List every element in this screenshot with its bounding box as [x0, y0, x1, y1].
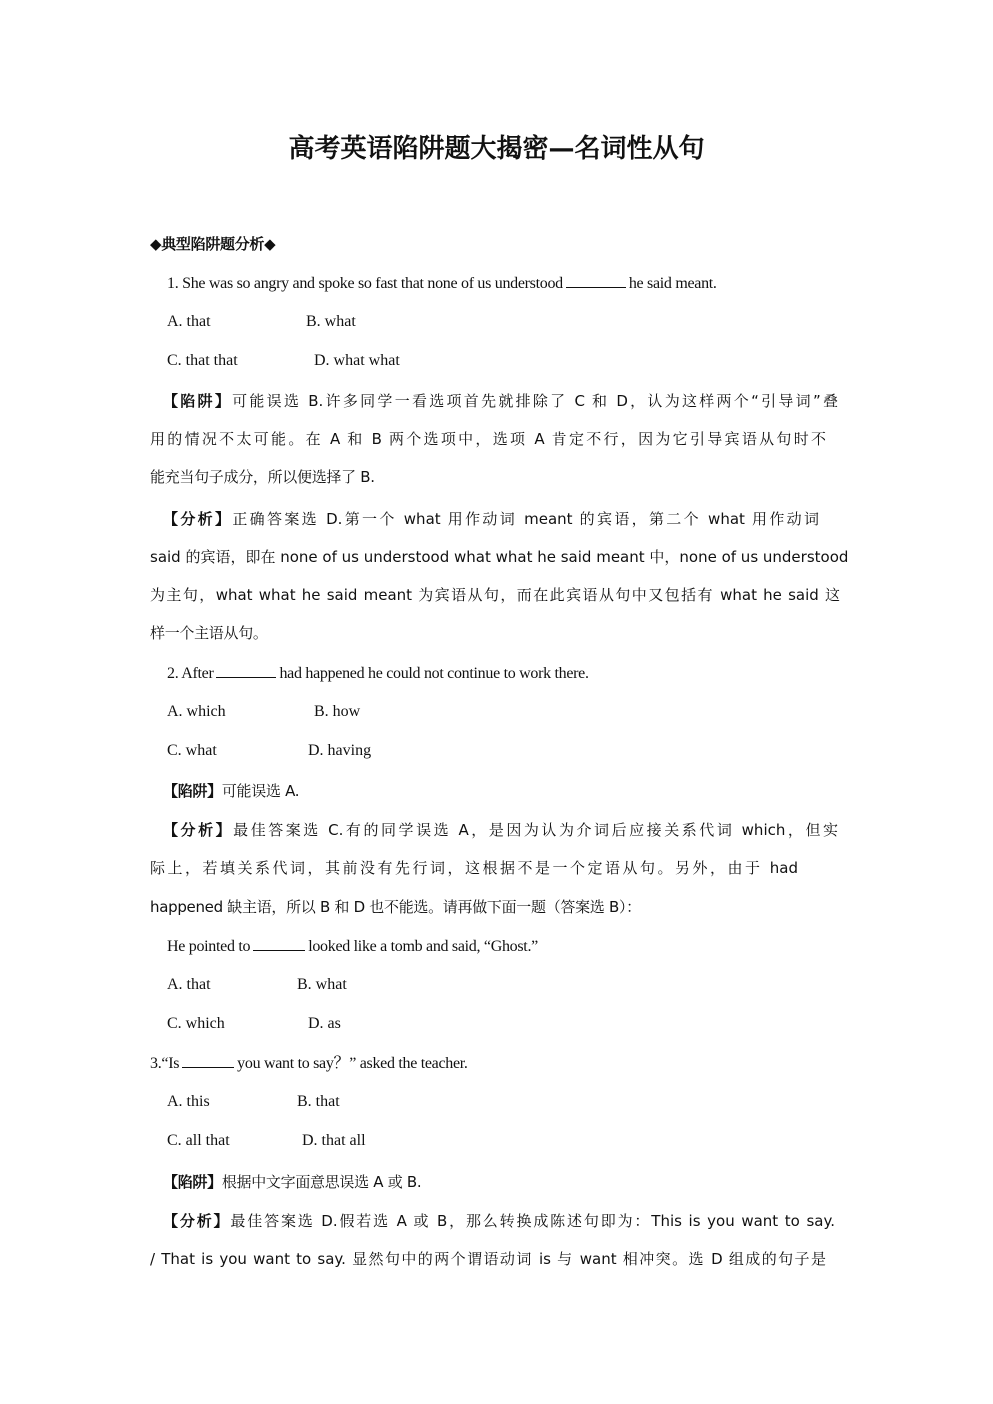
- analysis-text: 最佳答案选 C.有的同学误选 A，是因为认为介词后应接关系代词 which，但实: [233, 821, 838, 839]
- question-3-option-c: C. all that: [167, 1131, 230, 1151]
- question-1-analysis-line-2: said 的宾语，即在 none of us understood what w…: [150, 547, 833, 567]
- trap-text: 可能误选 A.: [222, 782, 299, 800]
- followup-question-stem: He pointed tolooked like a tomb and said…: [167, 936, 538, 957]
- question-2-analysis-line-1: 【分析】最佳答案选 C.有的同学误选 A，是因为认为介词后应接关系代词 whic…: [163, 820, 838, 840]
- document-title: 高考英语陷阱题大揭密—名词性从句: [0, 128, 993, 165]
- answer-blank: [253, 936, 305, 951]
- question-1-option-d: D. what what: [314, 351, 400, 371]
- analysis-label: 【分析】: [163, 821, 233, 839]
- answer-blank: [182, 1053, 234, 1068]
- answer-blank: [216, 663, 276, 678]
- question-2-trap-line-1: 【陷阱】可能误选 A.: [163, 781, 299, 801]
- answer-blank: [566, 273, 626, 288]
- followup-stem-before: He pointed to: [167, 938, 250, 955]
- question-3-stem-after: you want to say？” asked the teacher.: [237, 1055, 467, 1072]
- analysis-text: 最佳答案选 D.假若选 A 或 B，那么转换成陈述句即为：This is you…: [230, 1212, 835, 1230]
- question-3-analysis-line-1: 【分析】最佳答案选 D.假若选 A 或 B，那么转换成陈述句即为：This is…: [163, 1211, 835, 1231]
- question-2-option-b: B. how: [314, 702, 360, 722]
- question-1-analysis-line-4: 样一个主语从句。: [150, 623, 268, 643]
- question-2-option-c: C. what: [167, 741, 217, 761]
- trap-text: 可能误选 B.许多同学一看选项首先就排除了 C 和 D，认为这样两个“引导词”叠: [232, 392, 838, 410]
- question-2-option-d: D. having: [308, 741, 371, 761]
- question-1-stem-after: he said meant.: [629, 275, 717, 292]
- question-3-option-a: A. this: [167, 1092, 210, 1112]
- question-1-trap-line-2: 用的情况不太可能。在 A 和 B 两个选项中，选项 A 肯定不行，因为它引导宾语…: [150, 429, 826, 449]
- question-2-stem-after: had happened he could not continue to wo…: [279, 665, 588, 682]
- question-3-option-d: D. that all: [302, 1131, 366, 1151]
- question-2-stem: 2. Afterhad happened he could not contin…: [167, 663, 589, 684]
- trap-text: 根据中文字面意思误选 A 或 B.: [222, 1173, 422, 1191]
- trap-label: 【陷阱】: [163, 392, 232, 410]
- question-3-stem: 3.“Isyou want to say？” asked the teacher…: [150, 1053, 468, 1074]
- followup-option-b: B. what: [297, 975, 347, 995]
- question-1-analysis-line-1: 【分析】正确答案选 D.第一个 what 用作动词 meant 的宾语，第二个 …: [163, 509, 819, 529]
- followup-option-a: A. that: [167, 975, 211, 995]
- trap-label: 【陷阱】: [163, 1173, 222, 1191]
- question-1-stem-before: 1. She was so angry and spoke so fast th…: [167, 275, 563, 292]
- analysis-label: 【分析】: [163, 1212, 230, 1230]
- question-1-trap-line-3: 能充当句子成分，所以便选择了 B.: [150, 467, 375, 487]
- question-1-option-a: A. that: [167, 312, 211, 332]
- document-page: 高考英语陷阱题大揭密—名词性从句 ◆典型陷阱题分析◆ 1. She was so…: [0, 0, 993, 1404]
- question-3-option-b: B. that: [297, 1092, 340, 1112]
- section-heading: ◆典型陷阱题分析◆: [150, 234, 275, 254]
- followup-option-c: C. which: [167, 1014, 225, 1034]
- question-1-stem: 1. She was so angry and spoke so fast th…: [167, 273, 717, 294]
- trap-label: 【陷阱】: [163, 782, 222, 800]
- analysis-label: 【分析】: [163, 510, 232, 528]
- question-2-stem-before: 2. After: [167, 665, 213, 682]
- question-1-trap-line-1: 【陷阱】可能误选 B.许多同学一看选项首先就排除了 C 和 D，认为这样两个“引…: [163, 391, 838, 411]
- question-2-option-a: A. which: [167, 702, 226, 722]
- question-3-analysis-line-2: / That is you want to say. 显然句中的两个谓语动词 i…: [150, 1249, 826, 1269]
- followup-option-d: D. as: [308, 1014, 341, 1034]
- question-2-analysis-line-3: happened 缺主语，所以 B 和 D 也不能选。请再做下面一题（答案选 B…: [150, 897, 641, 917]
- question-1-analysis-line-3: 为主句，what what he said meant 为宾语从句，而在此宾语从…: [150, 585, 840, 605]
- question-1-option-b: B. what: [306, 312, 356, 332]
- question-3-stem-before: 3.“Is: [150, 1055, 179, 1072]
- analysis-text: 正确答案选 D.第一个 what 用作动词 meant 的宾语，第二个 what…: [232, 510, 819, 528]
- question-2-analysis-line-2: 际上，若填关系代词，其前没有先行词，这根据不是一个定语从句。另外，由于 had: [150, 858, 798, 878]
- question-1-option-c: C. that that: [167, 351, 238, 371]
- question-3-trap-line-1: 【陷阱】根据中文字面意思误选 A 或 B.: [163, 1172, 421, 1192]
- followup-stem-after: looked like a tomb and said, “Ghost.”: [308, 938, 538, 955]
